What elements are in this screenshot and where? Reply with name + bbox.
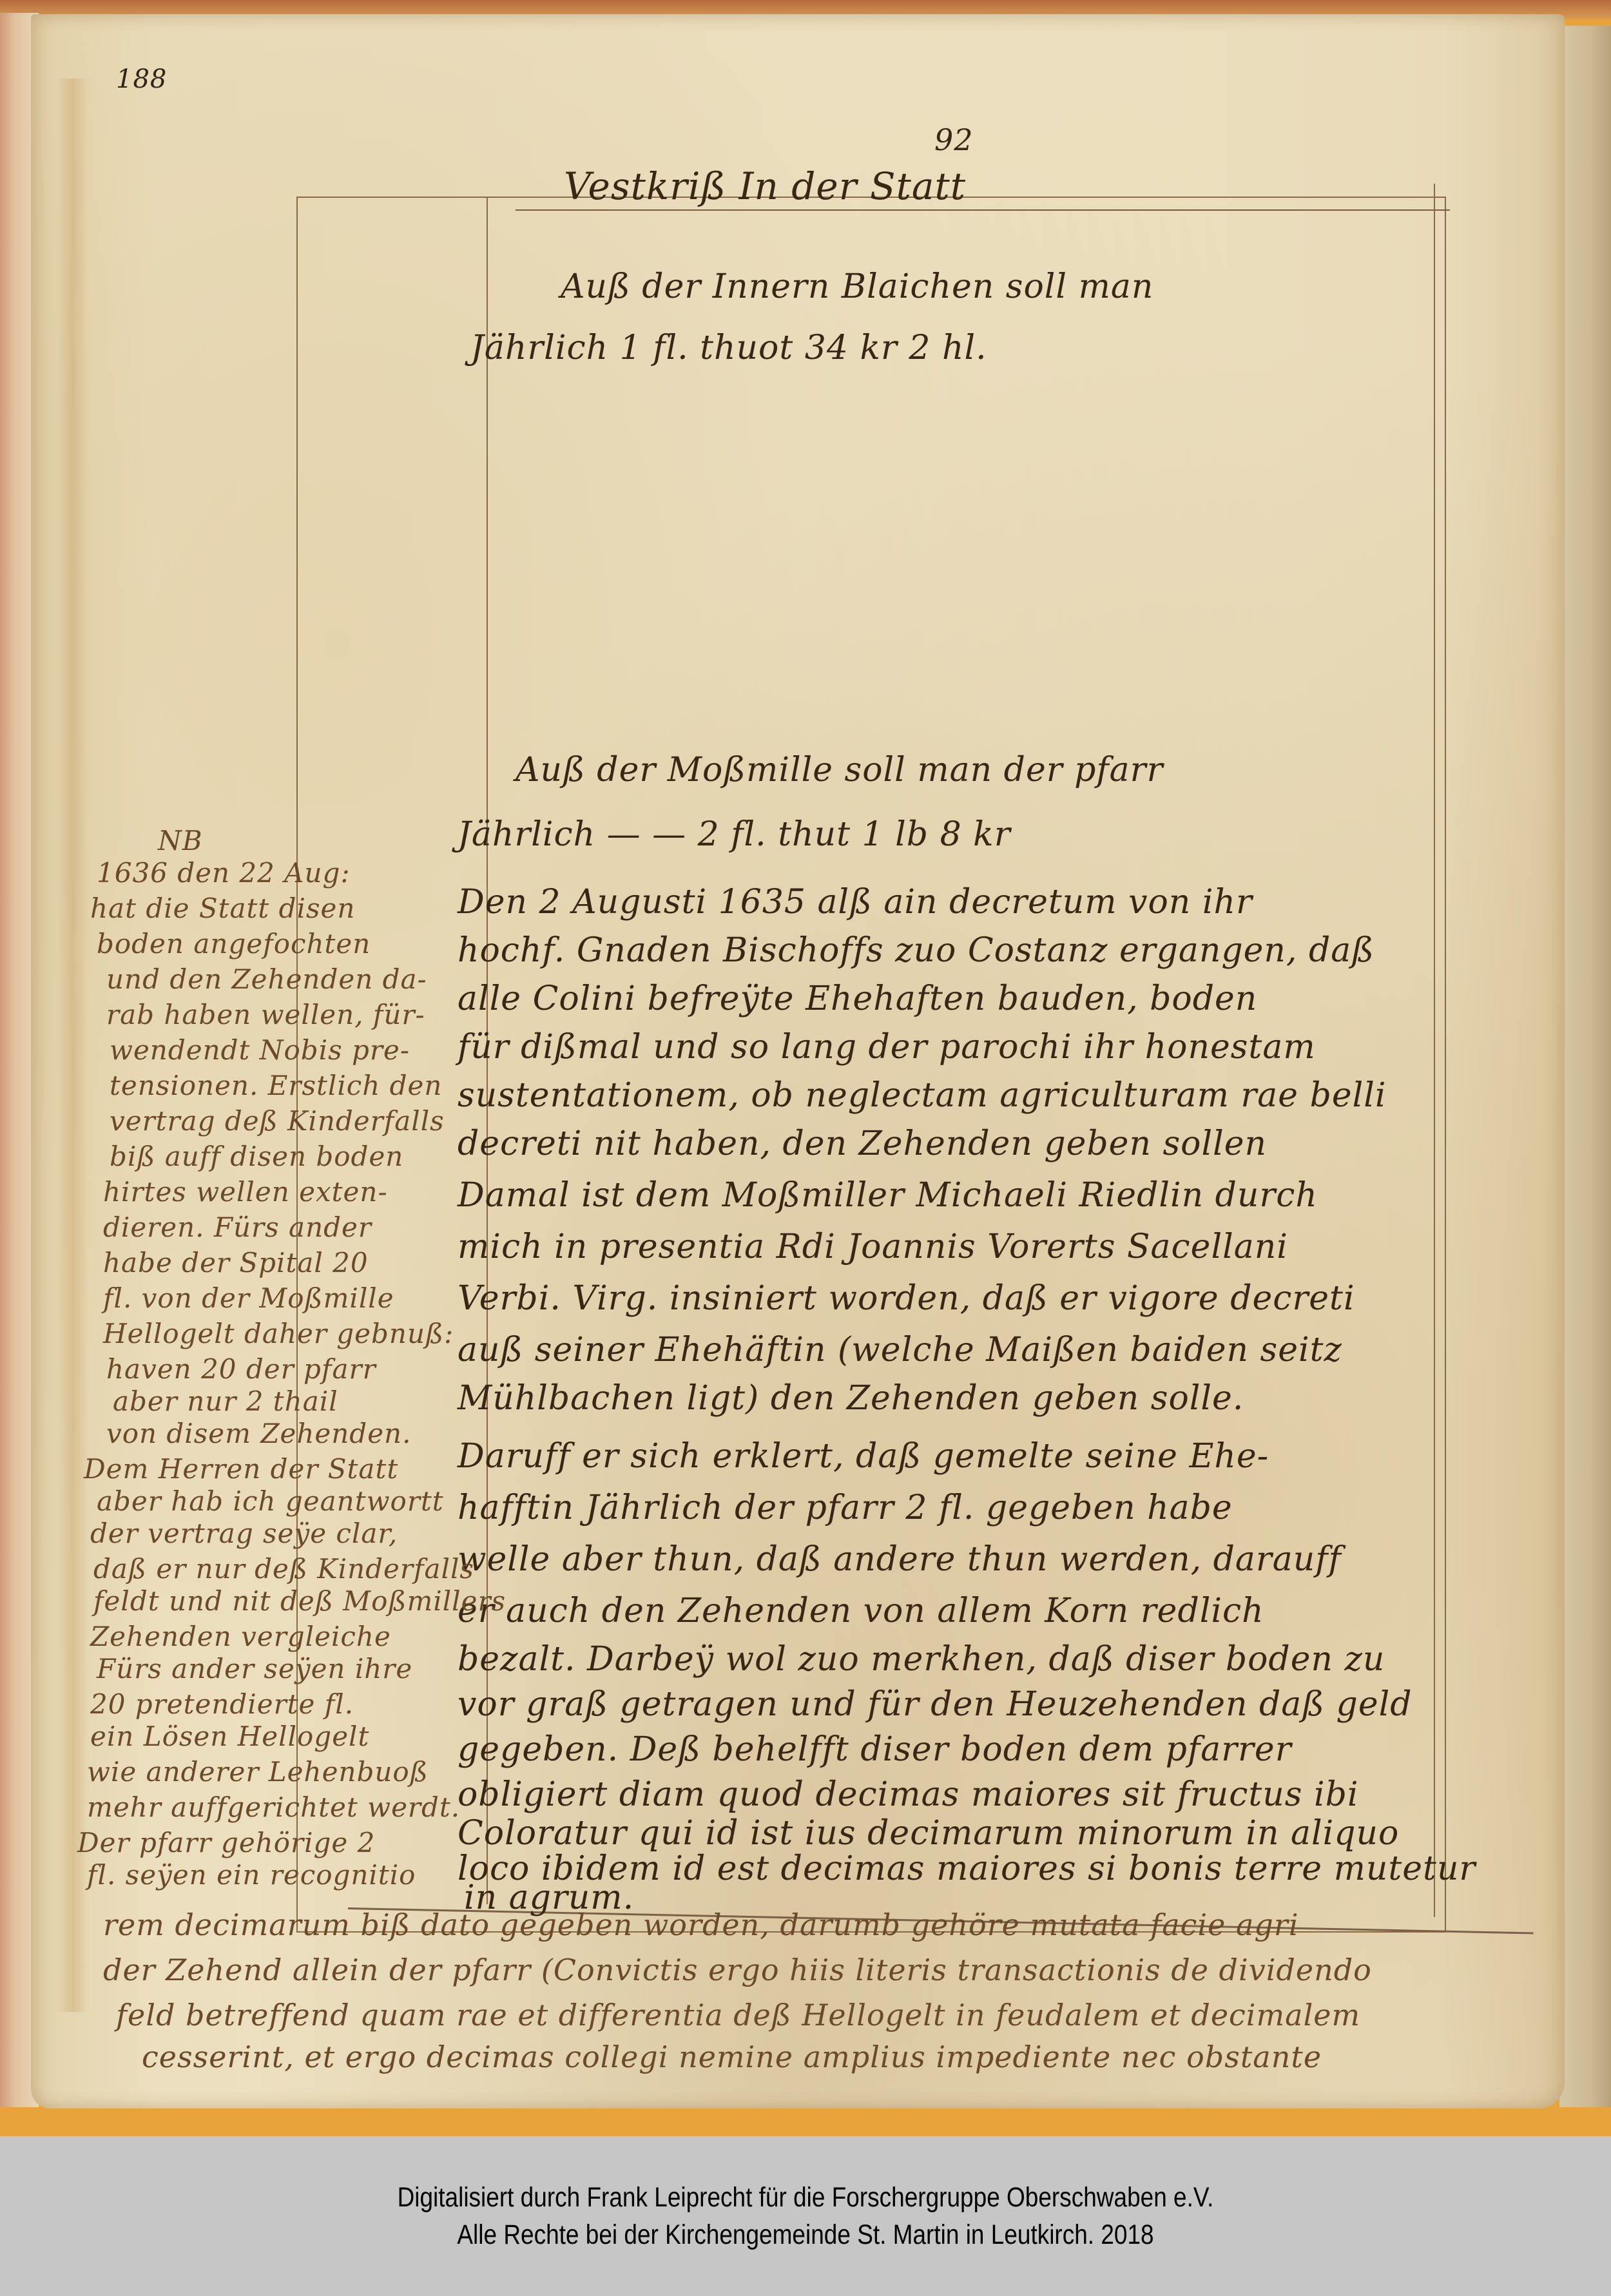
margin-note-line: feldt und nit deß Moßmillers — [93, 1585, 506, 1617]
margin-note-line: hirtes wellen exten- — [103, 1176, 388, 1208]
margin-note-line: aber hab ich geantwortt — [97, 1485, 444, 1517]
footnote-line: cesserint, et ergo decimas collegi nemin… — [142, 2040, 1322, 2074]
main-text-line: Mühlbachen ligt) den Zehenden geben soll… — [458, 1379, 1244, 1418]
main-text-line: hochf. Gnaden Bischoffs zuo Costanz erga… — [458, 931, 1375, 970]
main-text-line: auß seiner Ehehäftin (welche Maißen baid… — [458, 1331, 1342, 1369]
gutter-stain — [57, 79, 89, 2012]
margin-note-line: haven 20 der pfarr — [106, 1353, 376, 1385]
main-text-line: Coloratur qui id ist ius decimarum minor… — [458, 1814, 1399, 1853]
margin-note-line: boden angefochten — [97, 928, 371, 960]
footnote-line: der Zehend allein der pfarr (Convictis e… — [103, 1953, 1372, 1987]
main-text-line: für dißmal und so lang der parochi ihr h… — [458, 1028, 1316, 1066]
main-text-line: mich in presentia Rdi Joannis Vorerts Sa… — [458, 1228, 1288, 1266]
manuscript-scan: 188 92 Vestkriß In der Statt Auß der Inn… — [0, 0, 1611, 2136]
digitization-caption: Digitalisiert durch Frank Leiprecht für … — [113, 2136, 1498, 2296]
page-number: 188 — [116, 64, 167, 94]
margin-note-line: Dem Herren der Statt — [84, 1453, 398, 1485]
margin-rule-right — [1434, 184, 1435, 1917]
margin-note-line: fl. seÿen ein recognitio — [87, 1859, 416, 1891]
margin-note-line: fl. von der Moßmille — [103, 1282, 394, 1314]
caption-line-rights: Alle Rechte bei der Kirchengemeinde St. … — [457, 2216, 1153, 2253]
entry-line: Jährlich — — 2 fl. thut 1 lb 8 kr — [458, 815, 1011, 854]
entry-line: Auß der Innern Blaichen soll man — [561, 267, 1153, 306]
margin-note-line: tensionen. Erstlich den — [110, 1070, 442, 1101]
main-text-line: decreti nit haben, den Zehenden geben so… — [458, 1124, 1267, 1163]
margin-note-line: biß auff disen boden — [110, 1141, 403, 1172]
margin-note-line: vertrag deß Kinderfalls — [110, 1105, 445, 1137]
main-text-line: obligiert diam quod decimas maiores sit … — [458, 1775, 1359, 1814]
main-text-line: er auch den Zehenden von allem Korn redl… — [458, 1592, 1264, 1630]
margin-note-line: daß er nur deß Kinderfalls — [93, 1553, 474, 1585]
margin-note-line: Zehenden vergleiche — [90, 1621, 391, 1652]
footnote-line: rem decimarum biß dato gegeben worden, d… — [103, 1907, 1299, 1942]
margin-note-line: hat die Statt disen — [90, 892, 355, 924]
margin-note-line: ein Lösen Hellogelt — [90, 1721, 369, 1752]
caption-line-credit: Digitalisiert durch Frank Leiprecht für … — [398, 2179, 1214, 2216]
main-text-line: Den 2 Augusti 1635 alß ain decretum von … — [458, 883, 1253, 921]
margin-note-line: dieren. Fürs ander — [103, 1211, 372, 1243]
margin-note-line: Der pfarr gehörige 2 — [77, 1827, 375, 1858]
margin-note-line: mehr auffgerichtet werdt. — [87, 1791, 460, 1823]
main-text-line: vor graß getragen und für den Heuzehende… — [458, 1685, 1413, 1724]
main-text-line: Damal ist dem Moßmiller Michaeli Riedlin… — [458, 1176, 1318, 1215]
margin-note-line: wendendt Nobis pre- — [110, 1034, 410, 1066]
margin-note-line: und den Zehenden da- — [106, 963, 427, 995]
folio-number: 92 — [934, 122, 974, 157]
margin-note-line: habe der Spital 20 — [103, 1247, 369, 1278]
main-text-line: bezalt. Darbeÿ wol zuo merkhen, daß dise… — [458, 1640, 1385, 1679]
margin-note-line: 20 pretendierte fl. — [90, 1688, 354, 1720]
main-text-line: alle Colini befreÿte Ehehaften bauden, b… — [458, 979, 1257, 1018]
margin-note-line: rab haben wellen, für- — [106, 999, 425, 1030]
book-fore-edge — [1559, 26, 1611, 2107]
main-text-line: hafftin Jährlich der pfarr 2 fl. gegeben… — [458, 1489, 1233, 1527]
margin-note-line: Hellogelt daher gebnuß: — [103, 1318, 454, 1349]
margin-note-line: Fürs ander seÿen ihre — [97, 1653, 412, 1684]
entry-line: Jährlich 1 fl. thuot 34 kr 2 hl. — [470, 329, 987, 367]
margin-note-line: NB — [158, 825, 203, 856]
main-text-line: welle aber thun, daß andere thun werden,… — [458, 1540, 1342, 1579]
margin-note-line: aber nur 2 thail — [113, 1385, 338, 1417]
page-title: Vestkriß In der Statt — [564, 164, 966, 208]
main-text-line: sustentationem, ob neglectam agricultura… — [458, 1076, 1387, 1115]
margin-note-line: wie anderer Lehenbuoß — [87, 1756, 429, 1788]
margin-note-line: der vertrag seÿe clar, — [90, 1518, 398, 1549]
title-underline — [516, 209, 1450, 211]
main-text-line: gegeben. Deß behelfft diser boden dem pf… — [458, 1730, 1292, 1769]
entry-line: Auß der Moßmille soll man der pfarr — [516, 751, 1163, 789]
footnote-line: feld betreffend quam rae et differentia … — [116, 1998, 1360, 2032]
margin-note-line: von disem Zehenden. — [106, 1418, 411, 1449]
main-text-line: Daruff er sich erklert, daß gemelte sein… — [458, 1437, 1269, 1476]
margin-note-line: 1636 den 22 Aug: — [97, 857, 351, 889]
main-text-line: Verbi. Virg. insiniert worden, daß er vi… — [458, 1279, 1355, 1318]
